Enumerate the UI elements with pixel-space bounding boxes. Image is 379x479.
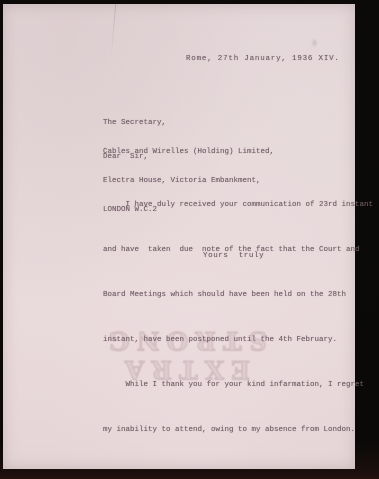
photo-background: Rome, 27th January, 1936 XIV. The Secret…	[0, 0, 379, 479]
paper-watermark: EXTRA STRONG	[36, 348, 332, 384]
body-line: Board Meetings which should have been he…	[103, 288, 373, 303]
closing-valediction: Yours truly	[203, 252, 264, 260]
address-line-recipient: The Secretary,	[103, 119, 274, 129]
paper-smudge	[311, 38, 318, 48]
date-line: Rome, 27th January, 1936 XIV.	[186, 55, 340, 63]
letter-body: I have duly received your communication …	[103, 168, 373, 468]
salutation: Dear Sir,	[103, 153, 148, 161]
paper-crease	[111, 4, 117, 56]
body-line: my inability to attend, owing to my abse…	[103, 423, 373, 438]
body-line: I have duly received your communication …	[103, 198, 373, 213]
letter-paper: Rome, 27th January, 1936 XIV. The Secret…	[3, 4, 355, 469]
